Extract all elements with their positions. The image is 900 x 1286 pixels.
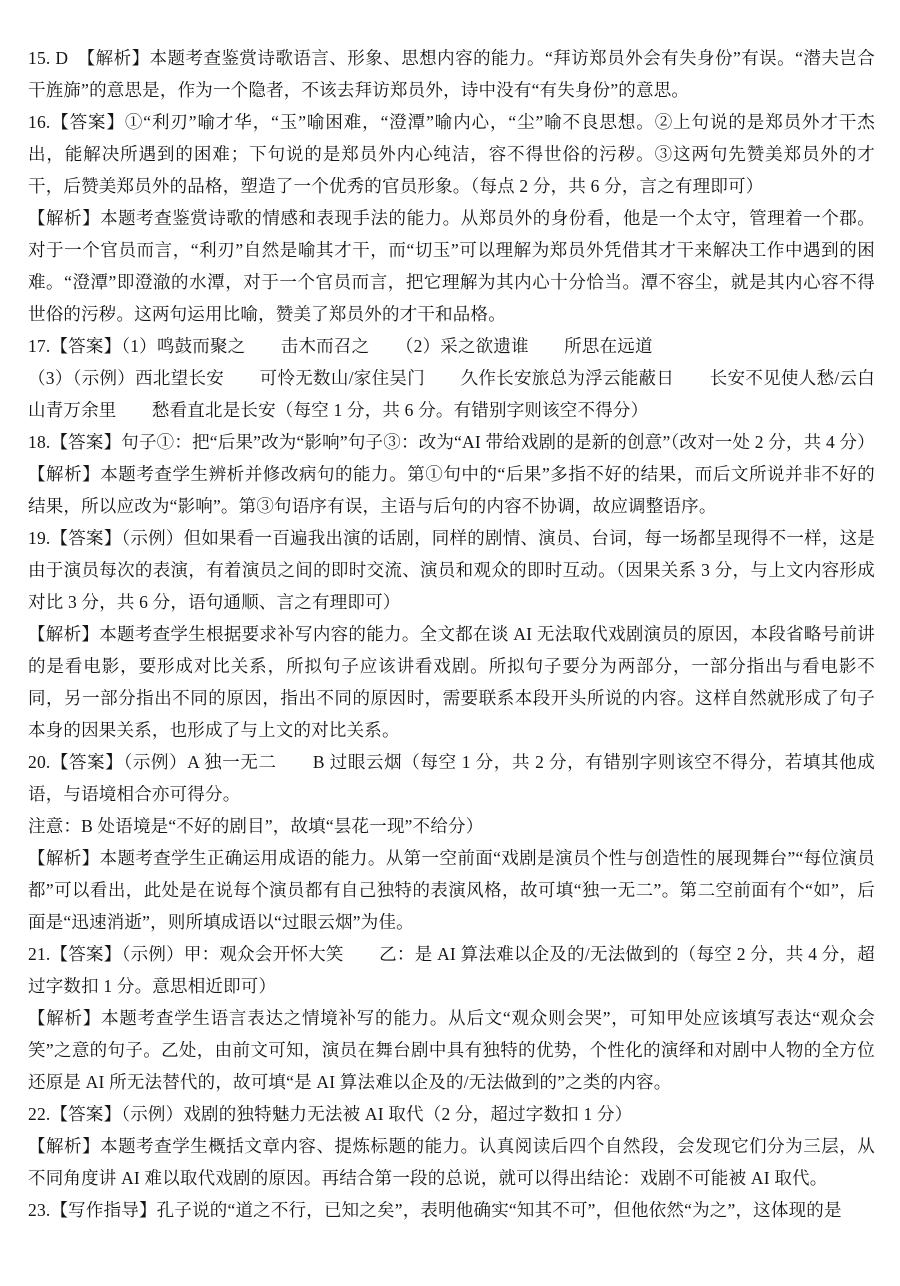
analysis-18: 【解析】本题考查学生辨析并修改病句的能力。第①句中的“后果”多指不好的结果，而后… (28, 458, 875, 522)
answer-16: 16.【答案】①“利刃”喻才华，“玉”喻困难，“澄潭”喻内心，“尘”喻不良思想。… (28, 106, 875, 202)
answer-17-part1: 17.【答案】（1）鸣鼓而聚之 击木而召之 （2）采之欲遗谁 所思在远道 (28, 330, 875, 362)
answer-21: 21.【答案】（示例）甲：观众会开怀大笑 乙：是 AI 算法难以企及的/无法做到… (28, 938, 875, 1002)
answer-20: 20.【答案】（示例）A 独一无二 B 过眼云烟（每空 1 分，共 2 分，有错… (28, 746, 875, 810)
analysis-16: 【解析】本题考查鉴赏诗歌的情感和表现手法的能力。从郑员外的身份看，他是一个太守，… (28, 202, 875, 330)
analysis-22: 【解析】本题考查学生概括文章内容、提炼标题的能力。认真阅读后四个自然段，会发现它… (28, 1130, 875, 1194)
answer-18: 18.【答案】句子①：把“后果”改为“影响”句子③：改为“AI 带给戏剧的是新的… (28, 426, 875, 458)
answer-22: 22.【答案】（示例）戏剧的独特魅力无法被 AI 取代（2 分，超过字数扣 1 … (28, 1098, 875, 1130)
analysis-20: 【解析】本题考查学生正确运用成语的能力。从第一空前面“戏剧是演员个性与创造性的展… (28, 842, 875, 938)
analysis-19: 【解析】本题考查学生根据要求补写内容的能力。全文都在谈 AI 无法取代戏剧演员的… (28, 618, 875, 746)
answer-key-document: 15. D 【解析】本题考查鉴赏诗歌语言、形象、思想内容的能力。“拜访郑员外会有… (0, 0, 900, 1226)
note-20: 注意：B 处语境是“不好的剧目”，故填“昙花一现”不给分） (28, 810, 875, 842)
answer-17-part2: （3）（示例）西北望长安 可怜无数山/家住吴门 久作长安旅总为浮云能蔽日 长安不… (28, 362, 875, 426)
answer-15-analysis: 15. D 【解析】本题考查鉴赏诗歌语言、形象、思想内容的能力。“拜访郑员外会有… (28, 42, 875, 106)
analysis-21: 【解析】本题考查学生语言表达之情境补写的能力。从后文“观众则会哭”，可知甲处应该… (28, 1002, 875, 1098)
answer-19: 19.【答案】（示例）但如果看一百遍我出演的话剧，同样的剧情、演员、台词，每一场… (28, 522, 875, 618)
writing-guide-23: 23.【写作指导】孔子说的“道之不行，已知之矣”，表明他确实“知其不可”，但他依… (28, 1194, 875, 1226)
